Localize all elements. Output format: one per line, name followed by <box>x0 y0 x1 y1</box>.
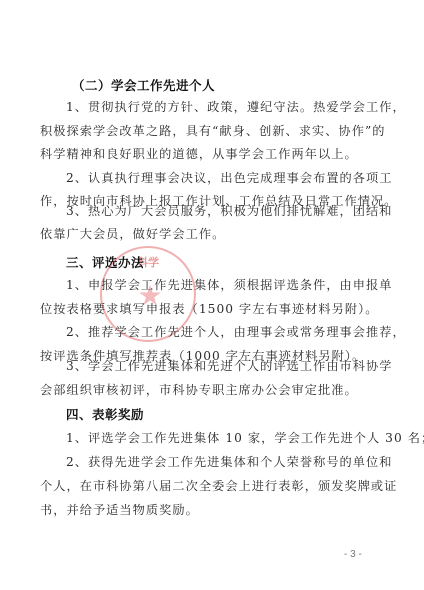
method-item-1-line-2: 位按表格要求填写申报表（1500 字左右事迹材料另附）。 <box>40 302 384 317</box>
individual-criterion-3-line-2: 依靠广大会员，做好学会工作。 <box>40 227 384 242</box>
award-item-2-line-3: 书，并给予适当物质奖励。 <box>40 503 384 518</box>
method-item-1-line-1: 1、申报学会工作先进集体，须根据评选条件，由申报单 <box>66 278 384 293</box>
section-heading-awards: 四、表彰奖励 <box>66 407 384 422</box>
award-item-1-line-1: 1、评选学会工作先进集体 10 家，学会工作先进个人 30 名； <box>66 431 384 446</box>
individual-criterion-1-line-1: 1、贯彻执行党的方针、政策，遵纪守法。热爱学会工作， <box>66 100 384 115</box>
page-number: - 3 - <box>344 549 362 560</box>
section-heading-advanced-individual: （二）学会工作先进个人 <box>72 78 416 93</box>
method-item-3-line-2: 会部组织审核初评，市科协专职主席办公会审定批准。 <box>40 383 384 398</box>
individual-criterion-1-line-3: 科学精神和良好职业的道德，从事学会工作两年以上。 <box>40 147 384 162</box>
method-item-2-line-1: 2、推荐学会工作先进个人，由理事会或常务理事会推荐， <box>66 325 384 340</box>
method-item-3-line-1: 3、学会工作先进集体和先进个人的评选工作由市科协学 <box>66 359 384 374</box>
award-item-2-line-1: 2、获得先进学会工作先进集体和个人荣誉称号的单位和 <box>66 455 384 470</box>
award-item-2-line-2: 个人，在市科协第八届二次全委会上进行表彰，颁发奖牌或证 <box>40 479 384 494</box>
individual-criterion-1-line-2: 积极探索学会改革之路，具有“献身、创新、求实、协作”的 <box>40 124 384 139</box>
individual-criterion-2-line-1: 2、认真执行理事会决议，出色完成理事会布置的各项工 <box>66 171 384 186</box>
section-heading-selection-method: 三、评选办法 <box>66 255 384 270</box>
individual-criterion-3-line-1: 3、热心为广大会员服务，积极为他们排忧解难，团结和 <box>66 204 384 219</box>
